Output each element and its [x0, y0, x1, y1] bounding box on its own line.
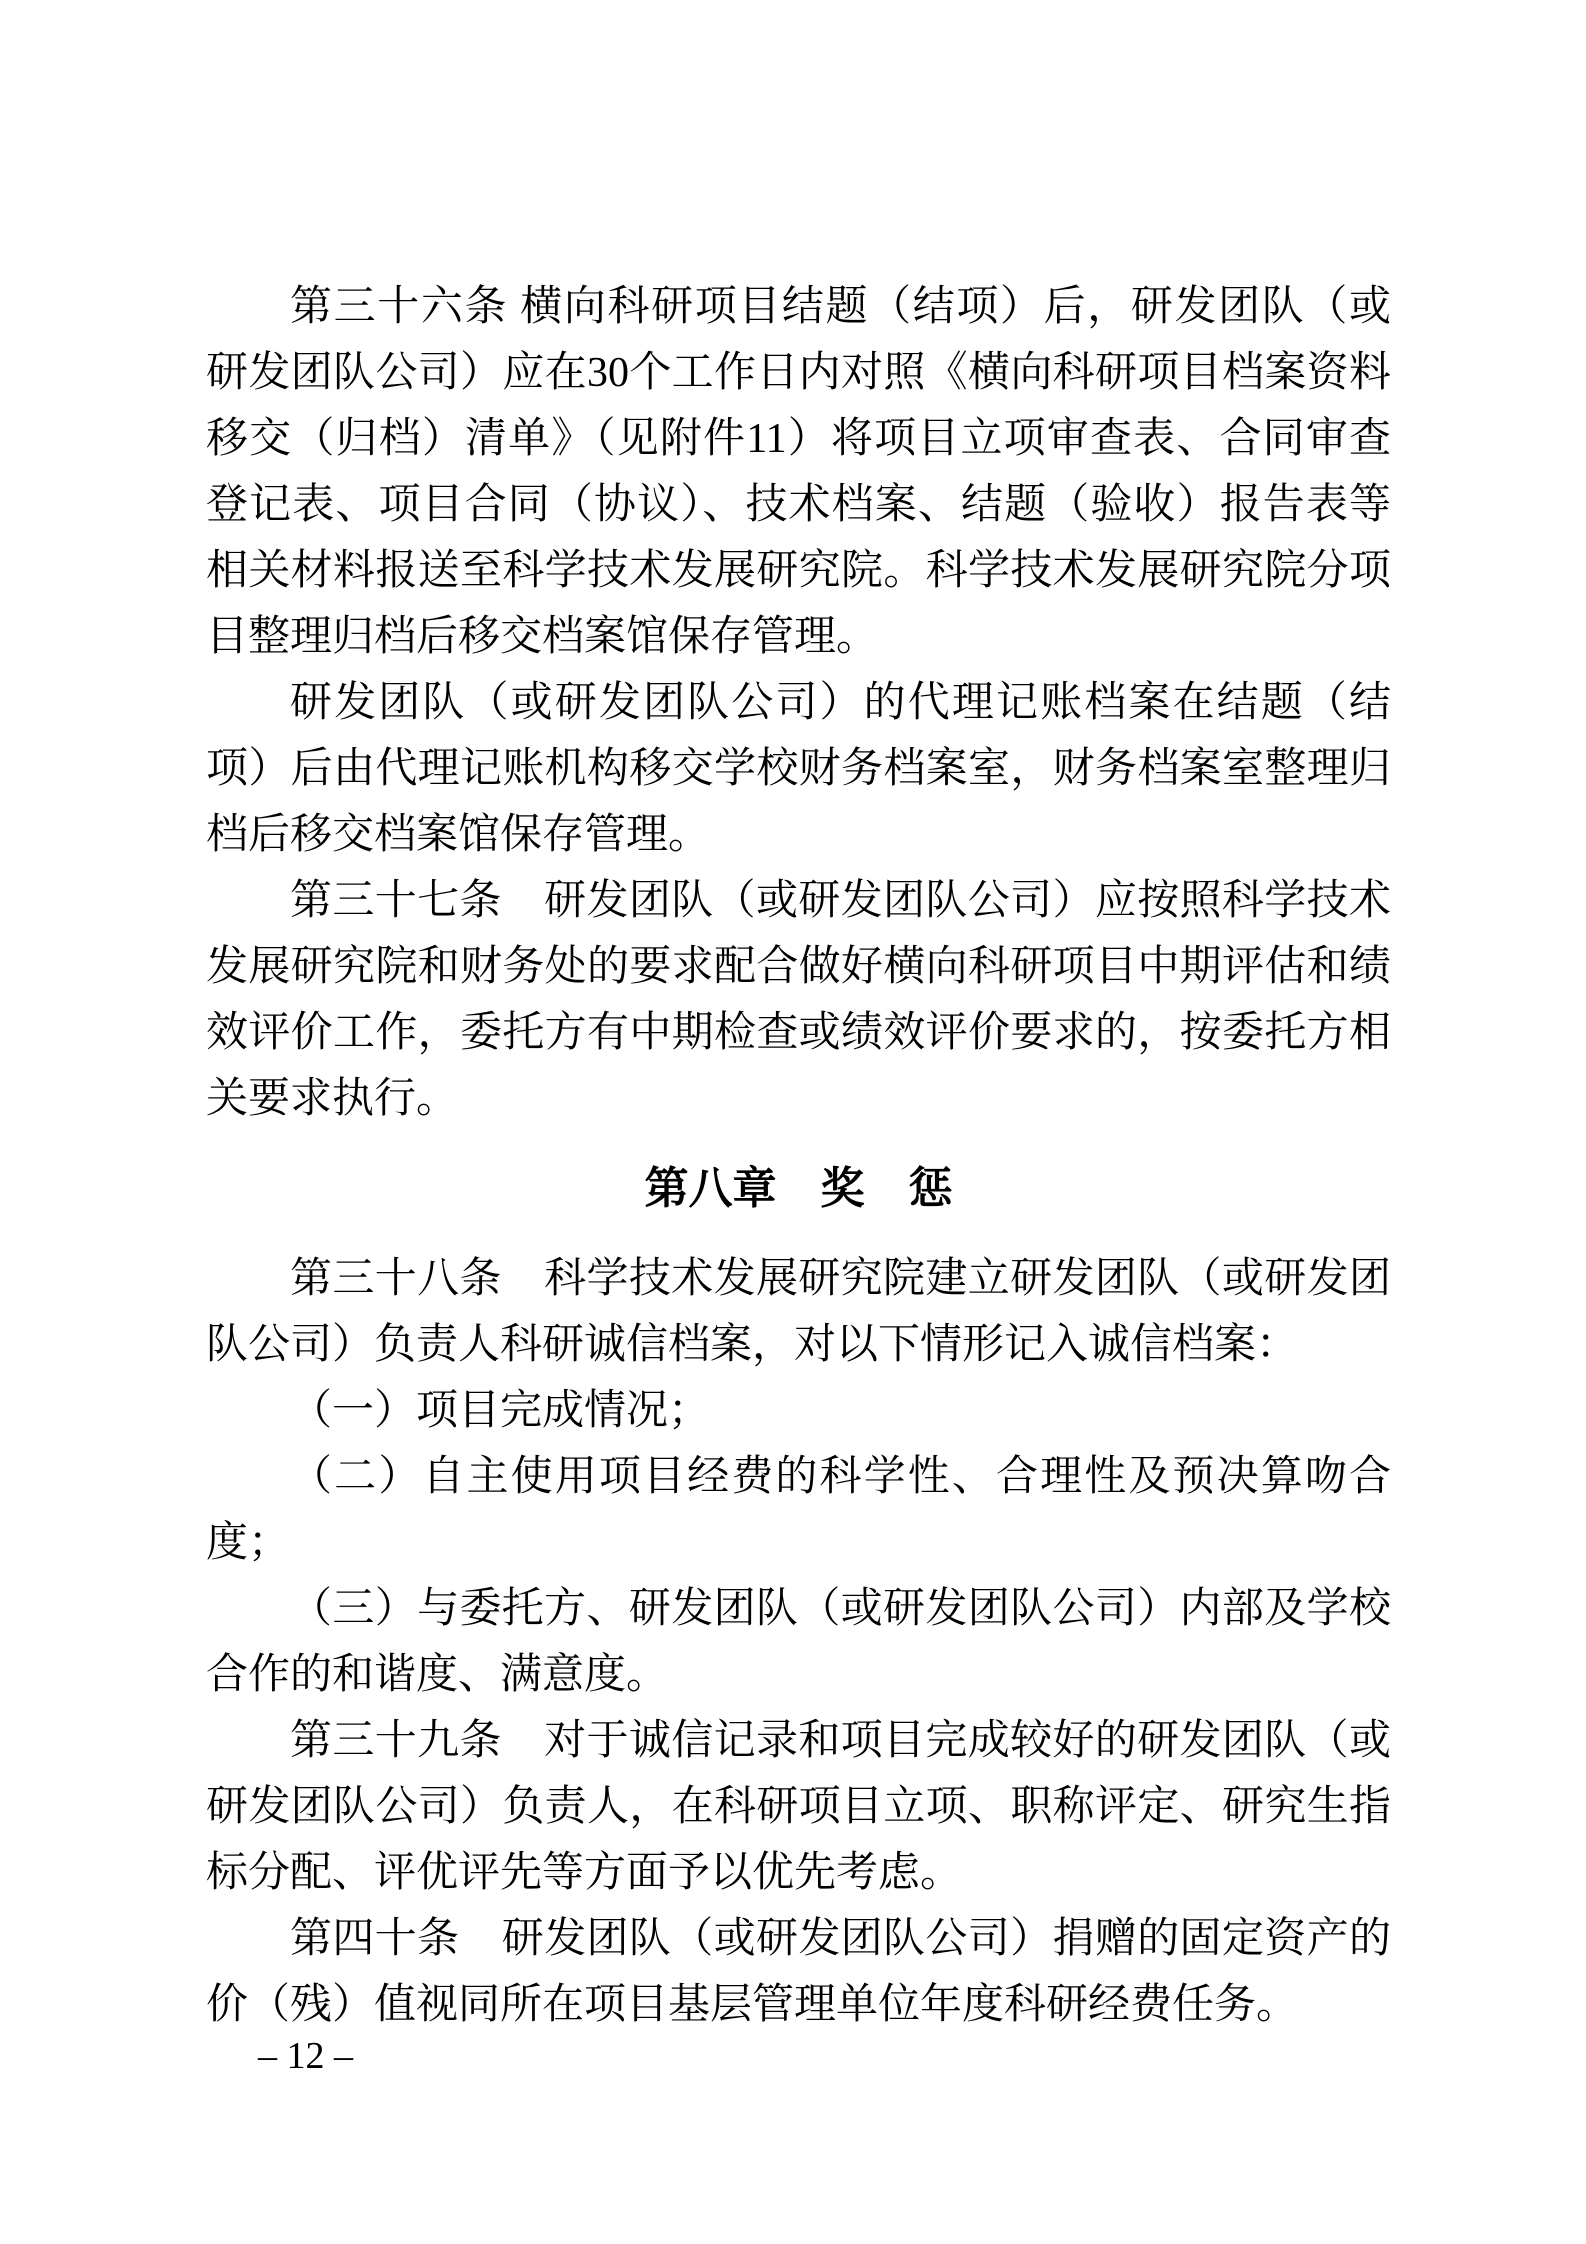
article-38-item-2: （二）自主使用项目经费的科学性、合理性及预决算吻合度；	[206, 1444, 1391, 1576]
document-page: 第三十六条 横向科研项目结题（结项）后，研发团队（或研发团队公司）应在30个工作…	[0, 0, 1586, 2244]
article-37-paragraph: 第三十七条 研发团队（或研发团队公司）应按照科学技术发展研究院和财务处的要求配合…	[206, 868, 1391, 1132]
article-38-item-1: （一）项目完成情况；	[206, 1378, 1391, 1444]
article-40-paragraph: 第四十条 研发团队（或研发团队公司）捐赠的固定资产的价（残）值视同所在项目基层管…	[206, 1906, 1391, 2038]
chapter-8-heading: 第八章 奖 惩	[206, 1156, 1391, 1222]
page-number: – 12 –	[258, 2034, 353, 2078]
article-36-paragraph: 第三十六条 横向科研项目结题（结项）后，研发团队（或研发团队公司）应在30个工作…	[206, 274, 1391, 670]
article-39-paragraph: 第三十九条 对于诚信记录和项目完成较好的研发团队（或研发团队公司）负责人，在科研…	[206, 1708, 1391, 1906]
document-body: 第三十六条 横向科研项目结题（结项）后，研发团队（或研发团队公司）应在30个工作…	[206, 274, 1391, 2038]
article-36-paragraph-2: 研发团队（或研发团队公司）的代理记账档案在结题（结项）后由代理记账机构移交学校财…	[206, 670, 1391, 868]
article-38-paragraph: 第三十八条 科学技术发展研究院建立研发团队（或研发团队公司）负责人科研诚信档案，…	[206, 1246, 1391, 1378]
article-38-item-3: （三）与委托方、研发团队（或研发团队公司）内部及学校合作的和谐度、满意度。	[206, 1576, 1391, 1708]
